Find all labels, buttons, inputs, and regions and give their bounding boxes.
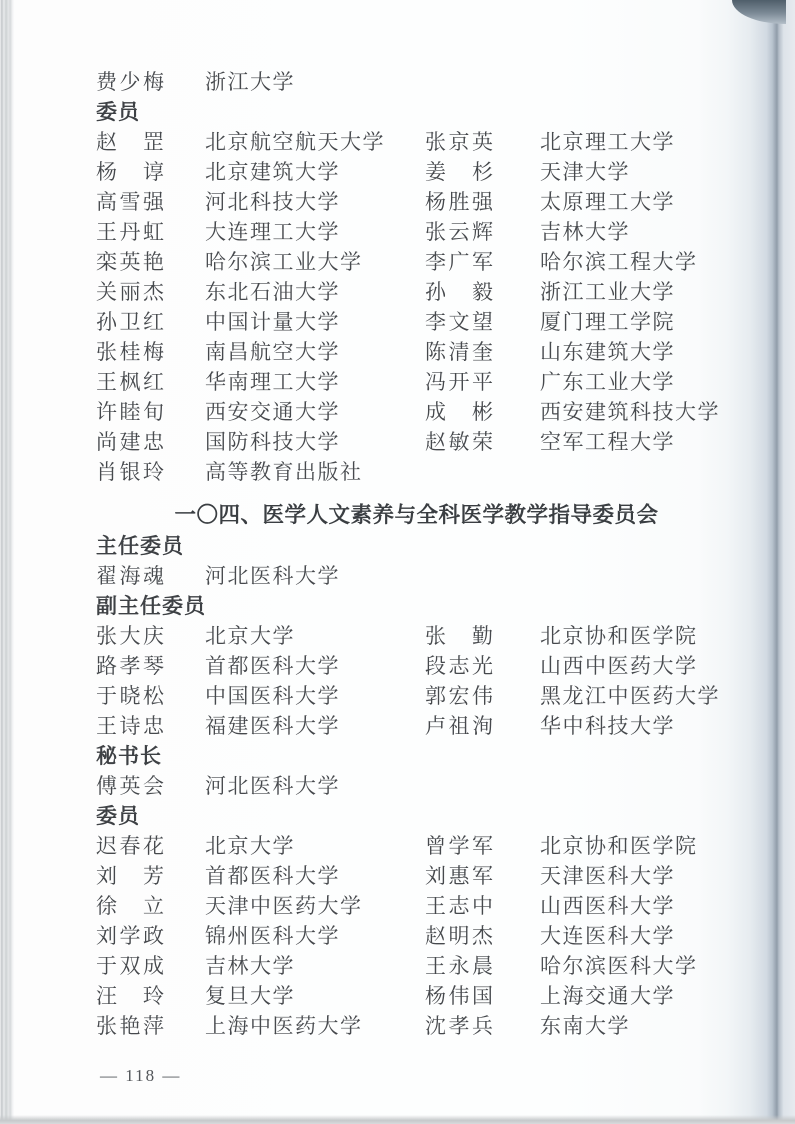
member-organization: 北京大学 — [205, 620, 425, 650]
member-name: 杨谆 — [96, 156, 164, 186]
member-organization: 大连医科大学 — [540, 920, 675, 950]
member-organization: 南昌航空大学 — [205, 336, 425, 366]
member-name: 成彬 — [425, 396, 493, 426]
member-name: 段志光 — [425, 650, 493, 680]
member-organization: 锦州医科大学 — [205, 920, 425, 950]
member-name: 孙毅 — [425, 276, 493, 306]
member-organization: 西安交通大学 — [205, 396, 425, 426]
member-name: 于双成 — [96, 950, 164, 980]
member-organization: 太原理工大学 — [540, 186, 675, 216]
member-row: 徐立天津中医药大学王志中山西医科大学 — [96, 890, 737, 920]
member-organization: 中国医科大学 — [205, 680, 425, 710]
member-organization: 北京建筑大学 — [205, 156, 425, 186]
member-name: 翟海魂 — [96, 560, 164, 590]
member-organization: 浙江大学 — [205, 66, 425, 96]
member-name: 栾英艳 — [96, 246, 164, 276]
member-organization: 高等教育出版社 — [205, 456, 425, 486]
prev-committee-carryover-rows: 费少梅浙江大学 — [96, 66, 737, 96]
member-name: 傅英会 — [96, 770, 164, 800]
member-row: 孙卫红中国计量大学李文望厦门理工学院 — [96, 306, 737, 336]
member-name: 孙卫红 — [96, 306, 164, 336]
member-organization: 河北科技大学 — [205, 186, 425, 216]
member-organization: 上海交通大学 — [540, 980, 675, 1010]
member-organization: 哈尔滨工程大学 — [540, 246, 698, 276]
member-row: 尚建忠国防科技大学赵敏荣空军工程大学 — [96, 426, 737, 456]
member-row: 汪玲复旦大学杨伟国上海交通大学 — [96, 980, 737, 1010]
member-name: 张桂梅 — [96, 336, 164, 366]
member-row: 翟海魂河北医科大学 — [96, 560, 737, 590]
member-row: 刘学政锦州医科大学赵明杰大连医科大学 — [96, 920, 737, 950]
member-name: 陈清奎 — [425, 336, 493, 366]
member-organization: 北京协和医学院 — [540, 620, 698, 650]
member-name: 王永晨 — [425, 950, 493, 980]
role-label-members: 委员 — [96, 96, 737, 126]
member-row: 许睦旬西安交通大学成彬西安建筑科技大学 — [96, 396, 737, 426]
member-name: 高雪强 — [96, 186, 164, 216]
prev-committee-member-rows: 赵罡北京航空航天大学张京英北京理工大学杨谆北京建筑大学姜杉天津大学高雪强河北科技… — [96, 126, 737, 486]
member-name: 郭宏伟 — [425, 680, 493, 710]
member-organization: 首都医科大学 — [205, 860, 425, 890]
scanned-book-page: 费少梅浙江大学 委员 赵罡北京航空航天大学张京英北京理工大学杨谆北京建筑大学姜杉… — [0, 0, 795, 1124]
member-organization: 中国计量大学 — [205, 306, 425, 336]
member-organization: 首都医科大学 — [205, 650, 425, 680]
committee-104-chair-rows: 翟海魂河北医科大学 — [96, 560, 737, 590]
member-organization: 国防科技大学 — [205, 426, 425, 456]
member-name: 赵敏荣 — [425, 426, 493, 456]
member-row: 栾英艳哈尔滨工业大学李广军哈尔滨工程大学 — [96, 246, 737, 276]
member-organization: 广东工业大学 — [540, 366, 675, 396]
member-organization: 空军工程大学 — [540, 426, 675, 456]
role-label-chair: 主任委员 — [96, 530, 737, 560]
member-name: 冯开平 — [425, 366, 493, 396]
member-organization: 西安建筑科技大学 — [540, 396, 720, 426]
section-title-committee-104: 一〇四、医学人文素养与全科医学教学指导委员会 — [96, 496, 737, 530]
member-organization: 浙江工业大学 — [540, 276, 675, 306]
member-row: 张大庆北京大学张勤北京协和医学院 — [96, 620, 737, 650]
member-organization: 天津大学 — [540, 156, 630, 186]
member-name: 刘惠军 — [425, 860, 493, 890]
member-row: 张桂梅南昌航空大学陈清奎山东建筑大学 — [96, 336, 737, 366]
member-row: 刘芳首都医科大学刘惠军天津医科大学 — [96, 860, 737, 890]
member-name: 关丽杰 — [96, 276, 164, 306]
member-name: 张勤 — [425, 620, 493, 650]
member-organization: 吉林大学 — [540, 216, 630, 246]
member-name: 王枫红 — [96, 366, 164, 396]
member-organization: 河北医科大学 — [205, 560, 425, 590]
member-row: 关丽杰东北石油大学孙毅浙江工业大学 — [96, 276, 737, 306]
page-content: 费少梅浙江大学 委员 赵罡北京航空航天大学张京英北京理工大学杨谆北京建筑大学姜杉… — [96, 66, 737, 1040]
member-row: 王枫红华南理工大学冯开平广东工业大学 — [96, 366, 737, 396]
page-number: — 118 — — [100, 1066, 181, 1086]
member-row: 张艳萍上海中医药大学沈孝兵东南大学 — [96, 1010, 737, 1040]
member-name: 赵明杰 — [425, 920, 493, 950]
member-row: 于晓松中国医科大学郭宏伟黑龙江中医药大学 — [96, 680, 737, 710]
member-organization: 东北石油大学 — [205, 276, 425, 306]
member-name: 张大庆 — [96, 620, 164, 650]
member-organization: 黑龙江中医药大学 — [540, 680, 720, 710]
member-name: 姜杉 — [425, 156, 493, 186]
member-name: 卢祖洵 — [425, 710, 493, 740]
member-name: 尚建忠 — [96, 426, 164, 456]
member-organization: 华中科技大学 — [540, 710, 675, 740]
member-row: 高雪强河北科技大学杨胜强太原理工大学 — [96, 186, 737, 216]
member-name: 张京英 — [425, 126, 493, 156]
member-row: 王诗忠福建医科大学卢祖洵华中科技大学 — [96, 710, 737, 740]
committee-104-secretary-rows: 傅英会河北医科大学 — [96, 770, 737, 800]
member-name: 徐立 — [96, 890, 164, 920]
role-label-secretary: 秘书长 — [96, 740, 737, 770]
member-row: 肖银玲高等教育出版社 — [96, 456, 737, 486]
member-name: 汪玲 — [96, 980, 164, 1010]
member-name: 王诗忠 — [96, 710, 164, 740]
member-organization: 复旦大学 — [205, 980, 425, 1010]
member-name: 王志中 — [425, 890, 493, 920]
member-organization: 山西医科大学 — [540, 890, 675, 920]
member-organization: 北京协和医学院 — [540, 830, 698, 860]
member-name: 路孝琴 — [96, 650, 164, 680]
member-organization: 吉林大学 — [205, 950, 425, 980]
member-name: 张云辉 — [425, 216, 493, 246]
member-name: 于晓松 — [96, 680, 164, 710]
role-label-vice-chair: 副主任委员 — [96, 590, 737, 620]
scan-left-edge-artifact — [0, 0, 15, 1124]
member-organization: 天津中医药大学 — [205, 890, 425, 920]
member-organization: 哈尔滨医科大学 — [540, 950, 698, 980]
member-name: 李文望 — [425, 306, 493, 336]
member-row: 迟春花北京大学曾学军北京协和医学院 — [96, 830, 737, 860]
member-organization: 华南理工大学 — [205, 366, 425, 396]
role-label-members-104: 委员 — [96, 800, 737, 830]
committee-104-member-rows: 迟春花北京大学曾学军北京协和医学院刘芳首都医科大学刘惠军天津医科大学徐立天津中医… — [96, 830, 737, 1040]
member-name: 张艳萍 — [96, 1010, 164, 1040]
member-name: 许睦旬 — [96, 396, 164, 426]
member-row: 傅英会河北医科大学 — [96, 770, 737, 800]
member-organization: 大连理工大学 — [205, 216, 425, 246]
member-row: 赵罡北京航空航天大学张京英北京理工大学 — [96, 126, 737, 156]
member-name: 李广军 — [425, 246, 493, 276]
member-organization: 东南大学 — [540, 1010, 630, 1040]
member-organization: 河北医科大学 — [205, 770, 425, 800]
member-row: 王丹虹大连理工大学张云辉吉林大学 — [96, 216, 737, 246]
member-name: 迟春花 — [96, 830, 164, 860]
member-organization: 哈尔滨工业大学 — [205, 246, 425, 276]
member-organization: 厦门理工学院 — [540, 306, 675, 336]
member-organization: 山东建筑大学 — [540, 336, 675, 366]
member-name: 赵罡 — [96, 126, 164, 156]
member-name: 沈孝兵 — [425, 1010, 493, 1040]
member-name: 曾学军 — [425, 830, 493, 860]
member-organization: 天津医科大学 — [540, 860, 675, 890]
member-row: 于双成吉林大学王永晨哈尔滨医科大学 — [96, 950, 737, 980]
member-name: 刘芳 — [96, 860, 164, 890]
committee-104-vice-chair-rows: 张大庆北京大学张勤北京协和医学院路孝琴首都医科大学段志光山西中医药大学于晓松中国… — [96, 620, 737, 740]
member-name: 杨伟国 — [425, 980, 493, 1010]
member-row: 路孝琴首都医科大学段志光山西中医药大学 — [96, 650, 737, 680]
member-organization: 山西中医药大学 — [540, 650, 698, 680]
member-row: 杨谆北京建筑大学姜杉天津大学 — [96, 156, 737, 186]
member-organization: 北京航空航天大学 — [205, 126, 425, 156]
member-name: 王丹虹 — [96, 216, 164, 246]
member-name: 刘学政 — [96, 920, 164, 950]
member-organization: 上海中医药大学 — [205, 1010, 425, 1040]
member-name: 杨胜强 — [425, 186, 493, 216]
member-row: 费少梅浙江大学 — [96, 66, 737, 96]
scan-bottom-edge-artifact — [0, 1115, 795, 1124]
member-organization: 北京理工大学 — [540, 126, 675, 156]
member-name: 费少梅 — [96, 66, 164, 96]
member-organization: 北京大学 — [205, 830, 425, 860]
member-name: 肖银玲 — [96, 456, 164, 486]
member-organization: 福建医科大学 — [205, 710, 425, 740]
